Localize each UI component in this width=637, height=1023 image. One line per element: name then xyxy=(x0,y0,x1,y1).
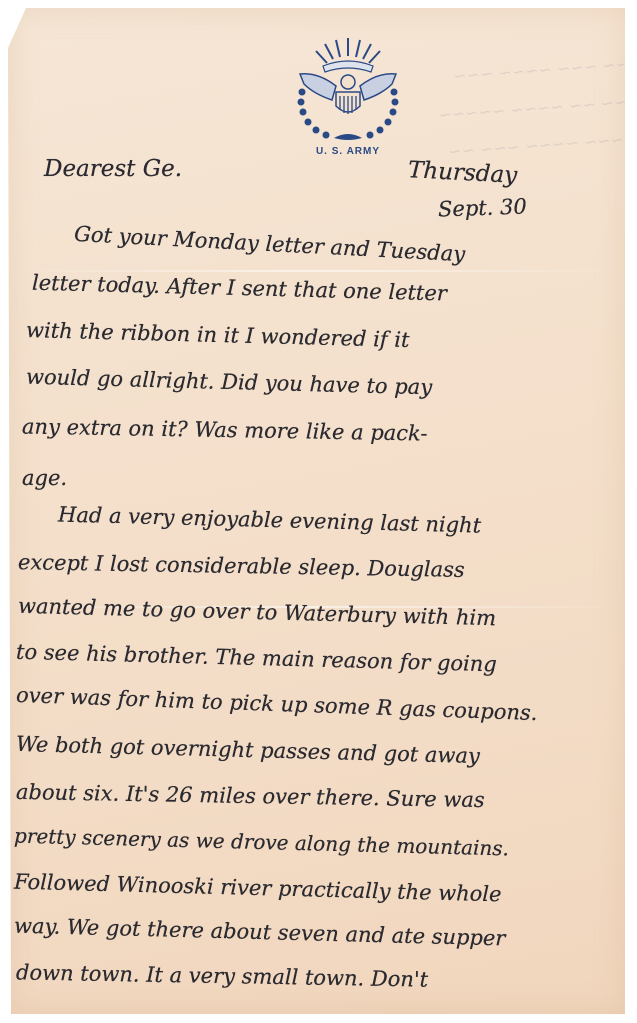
date: Sept. 30 xyxy=(438,194,528,221)
letter-line: pretty scenery as we drove along the mou… xyxy=(14,824,510,861)
letter-paper: ~~~ ~~~ ~~~~ ~~~ ~~~~ ~~ ~~~~ ~~~~~ ~~~ … xyxy=(8,8,625,1014)
letter-line: wanted me to go over to Waterbury with h… xyxy=(18,594,497,631)
bleed-through-text: ~~~ ~~~~ ~~~ ~~ xyxy=(448,130,625,161)
letter-line: about six. It's 26 miles over there. Sur… xyxy=(16,780,485,812)
date-day: Thursday xyxy=(407,157,517,189)
eagle-seal-icon xyxy=(288,34,408,144)
letter-line: way. We got there about seven and ate su… xyxy=(14,914,506,951)
letter-line: to see his brother. The main reason for … xyxy=(16,640,497,677)
letterhead: U. S. ARMY xyxy=(278,34,418,157)
letter-line: down town. It a very small town. Don't xyxy=(16,960,428,991)
salutation: Dearest Ge. xyxy=(44,156,182,182)
bleed-through-text: ~~~~ ~~ ~~~~ ~~~~~ xyxy=(438,90,637,124)
letter-line: We both got overnight passes and got awa… xyxy=(16,732,480,768)
letter-line: Got your Monday letter and Tuesday xyxy=(74,222,466,266)
letter-line: would go allright. Did you have to pay xyxy=(26,365,433,400)
letter-line: with the ribbon in it I wondered if it xyxy=(26,318,410,352)
letter-line: Followed Winooski river practically the … xyxy=(14,870,502,907)
letter-line: letter today. After I sent that one lett… xyxy=(32,271,447,306)
letterhead-title: U. S. ARMY xyxy=(278,146,418,157)
bleed-through-text: ~~~ ~~~ ~~~~ ~~~ xyxy=(453,53,637,85)
letter-line: except I lost considerable sleep. Dougla… xyxy=(18,550,465,582)
letter-line: age. xyxy=(22,466,67,490)
letter-line: any extra on it? Was more like a pack- xyxy=(22,414,428,445)
letter-line: Had a very enjoyable evening last night xyxy=(58,502,482,537)
letter-line: over was for him to pick up some R gas c… xyxy=(16,683,538,725)
